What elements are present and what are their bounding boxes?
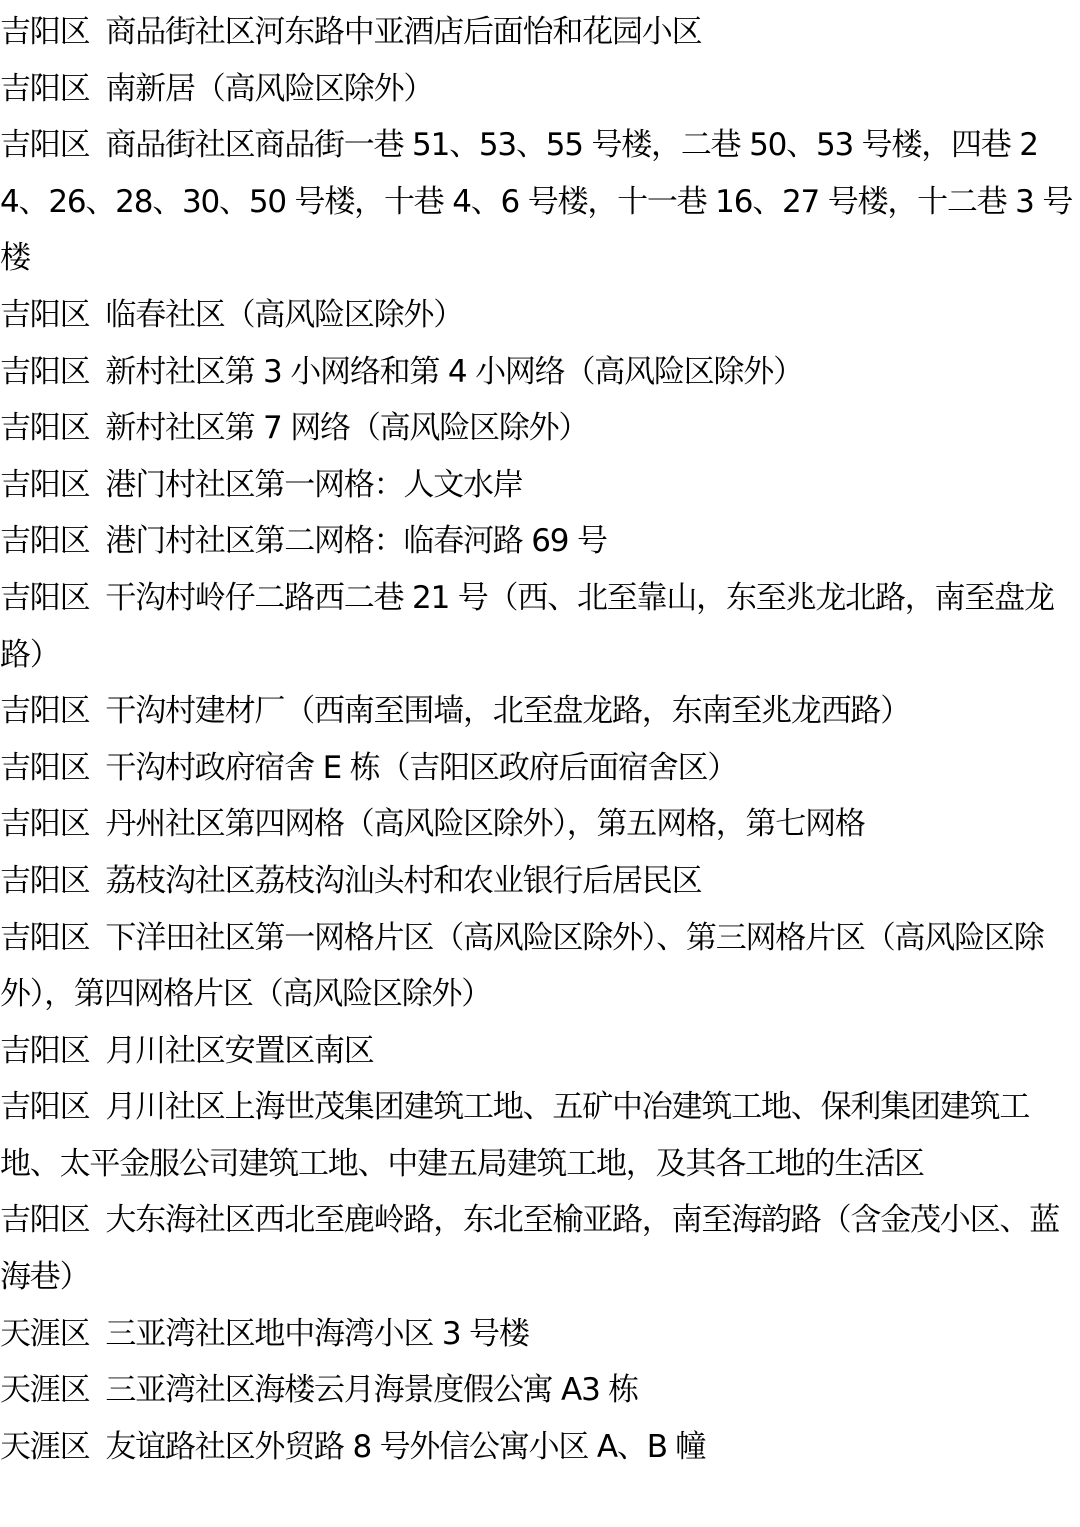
list-item: 吉阳区荔枝沟社区荔枝沟汕头村和农业银行后居民区 bbox=[0, 853, 1080, 910]
location-text: 新村社区第 3 小网络和第 4 小网络（高风险区除外） bbox=[105, 354, 802, 390]
list-item: 天涯区友谊路社区外贸路 8 号外信公寓小区 A、B 幢 bbox=[0, 1419, 1080, 1476]
district-name: 吉阳区 bbox=[0, 920, 89, 956]
location-text: 商品街社区河东路中亚酒店后面怡和花园小区 bbox=[105, 14, 701, 50]
list-item: 吉阳区商品街社区商品街一巷 51、53、55 号楼，二巷 50、53 号楼，四巷… bbox=[0, 117, 1080, 287]
location-text: 干沟村建材厂（西南至围墙，北至盘龙路，东南至兆龙西路） bbox=[105, 693, 910, 729]
list-item: 吉阳区干沟村政府宿舍 E 栋（吉阳区政府后面宿舍区） bbox=[0, 740, 1080, 797]
list-item: 天涯区三亚湾社区地中海湾小区 3 号楼 bbox=[0, 1306, 1080, 1363]
location-text: 南新居（高风险区除外） bbox=[105, 71, 433, 107]
list-item: 吉阳区干沟村岭仔二路西二巷 21 号（西、北至靠山，东至兆龙北路，南至盘龙路） bbox=[0, 570, 1080, 683]
district-name: 吉阳区 bbox=[0, 1033, 89, 1069]
location-text: 干沟村岭仔二路西二巷 21 号（西、北至靠山，东至兆龙北路，南至盘龙路） bbox=[0, 580, 1054, 673]
district-name: 吉阳区 bbox=[0, 806, 89, 842]
location-text: 荔枝沟社区荔枝沟汕头村和农业银行后居民区 bbox=[105, 863, 701, 899]
list-item: 吉阳区月川社区上海世茂集团建筑工地、五矿中冶建筑工地、保利集团建筑工地、太平金服… bbox=[0, 1079, 1080, 1192]
list-item: 吉阳区南新居（高风险区除外） bbox=[0, 61, 1080, 118]
list-item: 吉阳区月川社区安置区南区 bbox=[0, 1023, 1080, 1080]
location-text: 临春社区（高风险区除外） bbox=[105, 297, 463, 333]
list-item: 吉阳区干沟村建材厂（西南至围墙，北至盘龙路，东南至兆龙西路） bbox=[0, 683, 1080, 740]
list-item: 吉阳区下洋田社区第一网格片区（高风险区除外）、第三网格片区（高风险区除外），第四… bbox=[0, 910, 1080, 1023]
district-name: 吉阳区 bbox=[0, 127, 89, 163]
location-text: 友谊路社区外贸路 8 号外信公寓小区 A、B 幢 bbox=[105, 1429, 705, 1465]
district-name: 吉阳区 bbox=[0, 1089, 89, 1125]
district-name: 吉阳区 bbox=[0, 580, 89, 616]
district-name: 吉阳区 bbox=[0, 863, 89, 899]
location-text: 下洋田社区第一网格片区（高风险区除外）、第三网格片区（高风险区除外），第四网格片… bbox=[0, 920, 1044, 1013]
district-name: 吉阳区 bbox=[0, 693, 89, 729]
location-text: 三亚湾社区地中海湾小区 3 号楼 bbox=[105, 1316, 528, 1352]
list-item: 吉阳区新村社区第 7 网络（高风险区除外） bbox=[0, 400, 1080, 457]
district-name: 吉阳区 bbox=[0, 750, 89, 786]
list-item: 吉阳区港门村社区第一网格：人文水岸 bbox=[0, 457, 1080, 514]
list-item: 吉阳区临春社区（高风险区除外） bbox=[0, 287, 1080, 344]
location-text: 干沟村政府宿舍 E 栋（吉阳区政府后面宿舍区） bbox=[105, 750, 737, 786]
location-text: 新村社区第 7 网络（高风险区除外） bbox=[105, 410, 588, 446]
location-text: 大东海社区西北至鹿岭路，东北至榆亚路，南至海韵路（含金茂小区、蓝海巷） bbox=[0, 1202, 1059, 1295]
district-name: 吉阳区 bbox=[0, 14, 89, 50]
location-text: 商品街社区商品街一巷 51、53、55 号楼，二巷 50、53 号楼，四巷 24… bbox=[0, 127, 1072, 276]
location-text: 月川社区安置区南区 bbox=[105, 1033, 373, 1069]
district-name: 吉阳区 bbox=[0, 1202, 89, 1238]
district-name: 天涯区 bbox=[0, 1372, 89, 1408]
location-text: 丹州社区第四网格（高风险区除外），第五网格，第七网格 bbox=[105, 806, 864, 842]
district-name: 吉阳区 bbox=[0, 467, 89, 503]
location-text: 港门村社区第一网格：人文水岸 bbox=[105, 467, 522, 503]
list-item: 吉阳区大东海社区西北至鹿岭路，东北至榆亚路，南至海韵路（含金茂小区、蓝海巷） bbox=[0, 1192, 1080, 1305]
list-item: 吉阳区新村社区第 3 小网络和第 4 小网络（高风险区除外） bbox=[0, 344, 1080, 401]
district-name: 吉阳区 bbox=[0, 71, 89, 107]
district-name: 吉阳区 bbox=[0, 410, 89, 446]
district-name: 吉阳区 bbox=[0, 297, 89, 333]
list-item: 天涯区三亚湾社区海楼云月海景度假公寓 A3 栋 bbox=[0, 1362, 1080, 1419]
list-item: 吉阳区港门村社区第二网格：临春河路 69 号 bbox=[0, 513, 1080, 570]
district-name: 吉阳区 bbox=[0, 523, 89, 559]
risk-area-list: 吉阳区商品街社区河东路中亚酒店后面怡和花园小区 吉阳区南新居（高风险区除外） 吉… bbox=[0, 0, 1080, 1475]
location-text: 港门村社区第二网格：临春河路 69 号 bbox=[105, 523, 606, 559]
location-text: 月川社区上海世茂集团建筑工地、五矿中冶建筑工地、保利集团建筑工地、太平金服公司建… bbox=[0, 1089, 1029, 1182]
list-item: 吉阳区商品街社区河东路中亚酒店后面怡和花园小区 bbox=[0, 4, 1080, 61]
district-name: 天涯区 bbox=[0, 1429, 89, 1465]
district-name: 吉阳区 bbox=[0, 354, 89, 390]
location-text: 三亚湾社区海楼云月海景度假公寓 A3 栋 bbox=[105, 1372, 638, 1408]
district-name: 天涯区 bbox=[0, 1316, 89, 1352]
list-item: 吉阳区丹州社区第四网格（高风险区除外），第五网格，第七网格 bbox=[0, 796, 1080, 853]
